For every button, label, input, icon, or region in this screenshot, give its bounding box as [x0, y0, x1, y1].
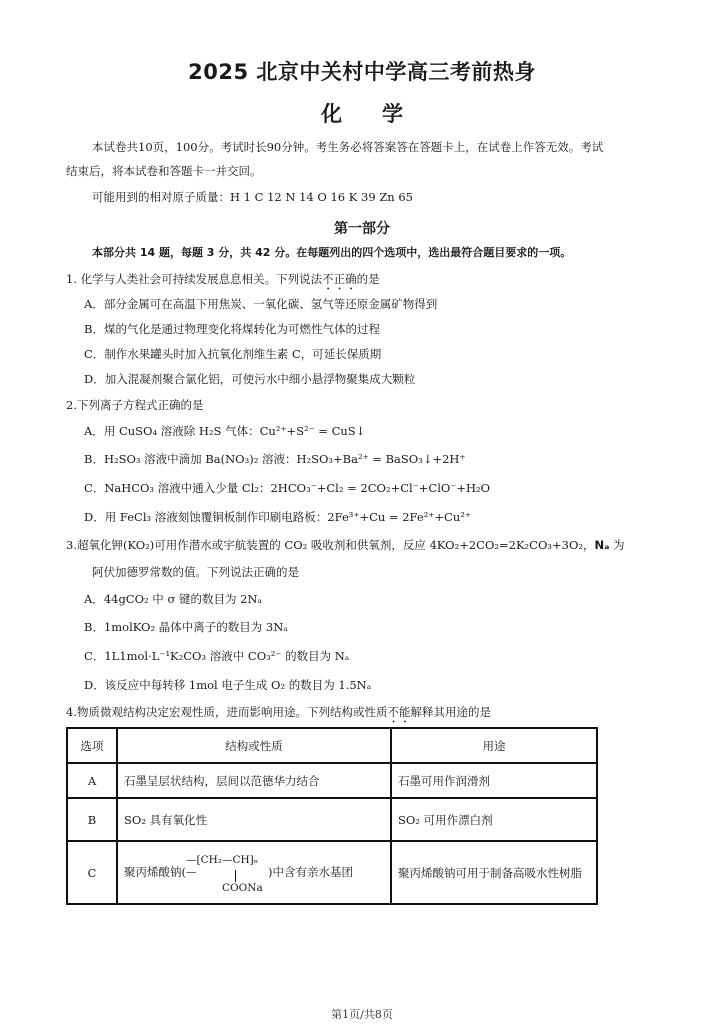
property-text: 聚丙烯酸钠( — [124, 865, 186, 879]
subject-char-1: 化 — [321, 102, 342, 126]
question-2-option-b: B．H₂SO₃ 溶液中滴加 Ba(NO₃)₂ 溶液：H₂SO₃+Ba²⁺ = B… — [84, 452, 466, 466]
question-1-option-d: D．加入混凝剂聚合氯化铝，可使污水中细小悬浮物聚集成大颗粒 — [84, 372, 415, 386]
stem-text-end: 的是 — [357, 272, 380, 286]
row-use: 聚丙烯酸钠可用于制备高吸水性树脂 — [391, 841, 597, 904]
bond-line — [235, 870, 236, 882]
polymer-structure-formula: —[CH₂—CH]ₙ—COONa — [186, 848, 268, 898]
table-row: A 石墨呈层状结构，层间以范德华力结合 石墨可用作润滑剂 — [67, 763, 597, 798]
row-option: A — [67, 763, 117, 798]
atomic-masses: 可能用到的相对原子质量：H 1 C 12 N 14 O 16 K 39 Zn 6… — [92, 190, 413, 204]
table-header-row: 选项 结构或性质 用途 — [67, 728, 597, 763]
question-4-stem: 4.物质微观结构决定宏观性质，进而影响用途。下列结构或性质不能解释其用途的是 — [66, 705, 491, 726]
stem-text: 化学与人类社会可持续发展息息相关。下列说法 — [81, 272, 323, 286]
row-property: 石墨呈层状结构，层间以范德华力结合 — [117, 763, 391, 798]
question-3-option-c: C．1L1mol·L⁻¹K₂CO₃ 溶液中 CO₃²⁻ 的数目为 Nₐ — [84, 649, 349, 663]
header-use: 用途 — [391, 728, 597, 763]
header-property: 结构或性质 — [117, 728, 391, 763]
question-3-stem-line-2: 阿伏加德罗常数的值。下列说法正确的是 — [92, 565, 299, 579]
question-3-stem-line-1: 3.超氧化钾(KO₂)可用作潜水或宇航装置的 CO₂ 吸收剂和供氧剂，反应 4K… — [66, 538, 625, 552]
row-option: B — [67, 798, 117, 841]
part-description: 本部分共 14 题，每题 3 分，共 42 分。在每题列出的四个选项中，选出最符… — [92, 246, 571, 260]
polymer-backbone: —[CH₂—CH]ₙ— — [186, 854, 268, 878]
question-4-table: 选项 结构或性质 用途 A 石墨呈层状结构，层间以范德华力结合 石墨可用作润滑剂… — [66, 727, 598, 905]
question-2-stem: 2.下列离子方程式正确的是 — [66, 398, 203, 412]
question-number: 1. — [66, 272, 77, 286]
question-1-option-b: B．煤的气化是通过物理变化将煤转化为可燃性气体的过程 — [84, 322, 380, 336]
property-text-end: )中含有亲水基团 — [268, 865, 353, 879]
exam-title: 2025 北京中关村中学高三考前热身 — [0, 56, 724, 86]
part-title: 第一部分 — [0, 218, 724, 238]
question-1-stem: 1. 化学与人类社会可持续发展息息相关。下列说法不正确的是 — [66, 272, 380, 293]
row-use: 石墨可用作润滑剂 — [391, 763, 597, 798]
question-3-option-d: D．该反应中每转移 1mol 电子生成 O₂ 的数目为 1.5Nₐ — [84, 678, 371, 692]
instructions-line-2: 结束后，将本试卷和答题卡一并交回。 — [66, 164, 262, 178]
subject-title: 化学 — [0, 98, 724, 128]
row-property: 聚丙烯酸钠(—[CH₂—CH]ₙ—COONa)中含有亲水基团 — [117, 841, 391, 904]
table-row: C 聚丙烯酸钠(—[CH₂—CH]ₙ—COONa)中含有亲水基团 聚丙烯酸钠可用… — [67, 841, 597, 904]
row-property: SO₂ 具有氧化性 — [117, 798, 391, 841]
stem-emphasis: 不正确 — [322, 272, 357, 286]
row-option: C — [67, 841, 117, 904]
instructions-line-1: 本试卷共10页，100分。考试时长90分钟。考生务必将答案答在答题卡上，在试卷上… — [92, 140, 603, 154]
question-2-option-a: A．用 CuSO₄ 溶液除 H₂S 气体：Cu²⁺+S²⁻ = CuS↓ — [84, 424, 365, 438]
stem-emphasis: 不能 — [387, 705, 410, 719]
question-3-option-b: B．1molKO₂ 晶体中离子的数目为 3Nₐ — [84, 620, 288, 634]
question-1-option-a: A．部分金属可在高温下用焦炭、一氧化碳、氢气等还原金属矿物得到 — [84, 297, 437, 311]
avogadro-symbol: Nₐ — [595, 538, 610, 552]
question-3-option-a: A．44gCO₂ 中 σ 键的数目为 2Nₐ — [84, 592, 262, 606]
question-2-option-d: D．用 FeCl₃ 溶液刻蚀覆铜板制作印刷电路板：2Fe³⁺+Cu = 2Fe²… — [84, 510, 471, 524]
question-2-option-c: C．NaHCO₃ 溶液中通入少量 Cl₂：2HCO₃⁻+Cl₂ = 2CO₂+C… — [84, 481, 490, 495]
page-number: 第1页/共8页 — [0, 1006, 724, 1022]
row-use: SO₂ 可用作漂白剂 — [391, 798, 597, 841]
header-option: 选项 — [67, 728, 117, 763]
subject-char-2: 学 — [382, 102, 403, 126]
table-row: B SO₂ 具有氧化性 SO₂ 可用作漂白剂 — [67, 798, 597, 841]
question-1-option-c: C．制作水果罐头时加入抗氧化剂维生素 C，可延长保质期 — [84, 347, 381, 361]
polymer-side-group: COONa — [222, 882, 263, 894]
